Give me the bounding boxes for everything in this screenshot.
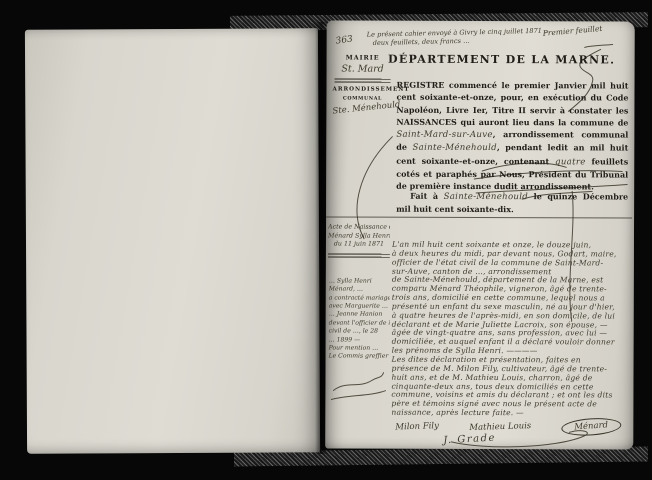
birth-act-text: L'an mil huit cent soixante et onze, le … [391, 241, 630, 419]
mayor-signature: J. Grade [443, 433, 496, 447]
marriage-mention-line: devant l'officier de l'état [329, 319, 390, 328]
marriage-mention-line: … Jeanne Hanion [329, 311, 390, 320]
blank-left-page [25, 28, 320, 454]
arrondissement-name-handwritten: Sainte-Ménehould [412, 143, 497, 153]
commune-name-handwritten: Saint-Mard-sur-Auve [396, 130, 492, 140]
marriage-mention-line: avec Marguerite … [329, 302, 390, 311]
signature-row: Milon Fily Mathieu Louis Ménard [395, 418, 621, 436]
letterhead-margin-column: MAIRIE St. Mard ARRONDISSEMENT COMMUNAL … [332, 54, 392, 113]
register-right-page: 363 Le présent cahier envoyé à Givry le … [325, 20, 634, 449]
marriage-mention-line: a contracté mariage [329, 294, 390, 303]
witness-signature-1: Milon Fily [395, 421, 439, 432]
closing-printed-text: Fait à [410, 191, 443, 201]
marriage-mention-line: civil de …, le 28 [329, 328, 390, 337]
marriage-mention-line: Ménard, … [329, 286, 390, 295]
act-margin-title-line: du 11 juin 1871 [328, 241, 390, 250]
margin-signature-squiggle [331, 390, 385, 399]
act-margin-notes: Acte de Naissance deMénard Sylla Henridu… [328, 221, 390, 361]
department-title: DÉPARTEMENT DE LA MARNE. [377, 53, 627, 67]
act-margin-title-line: Ménard Sylla Henri [328, 232, 390, 241]
marriage-mention-line: Pour mention … [329, 345, 390, 354]
register-closing-statement: Fait à Sainte-Ménehould le quinze Décemb… [396, 190, 628, 216]
folio-number: 363 [335, 34, 353, 46]
arrondissement-label: ARRONDISSEMENT [332, 86, 392, 92]
act-section-divider [326, 216, 632, 218]
mairie-label: MAIRIE [333, 54, 393, 61]
act-margin-title-line: Acte de Naissance de [328, 223, 390, 232]
mairie-commune-name: St. Mard [333, 63, 393, 74]
closing-place-handwritten: Sainte-Ménehould [444, 192, 529, 202]
register-opening-statement: REGISTRE commencé le premier Janvier mil… [396, 79, 628, 193]
marriage-mention-line: … 1899 — [329, 336, 390, 345]
witness-signature-2: Mathieu Louis [469, 421, 531, 433]
scanned-register-photo: 363 Le présent cahier envoyé à Givry le … [0, 0, 652, 480]
margin-divider-rule [335, 78, 391, 82]
statement-printed-text: REGISTRE commencé le premier Janvier mil… [396, 80, 628, 128]
margin-signature-squiggle [333, 372, 383, 390]
paraph-stroke [585, 44, 613, 47]
marriage-mention-block: … Sylla HenriMénard, …a contracté mariag… [328, 277, 390, 361]
arrondissement-name: Ste. Ménehould [332, 101, 393, 117]
act-margin-title-block: Acte de Naissance deMénard Sylla Henridu… [328, 221, 390, 257]
leaf-count-handwritten: quatre [555, 157, 586, 167]
marriage-mention-line: Le Commis greffier [329, 353, 390, 362]
father-signature: Ménard [561, 416, 622, 437]
marriage-mention-line: … Sylla Henri [329, 277, 390, 286]
